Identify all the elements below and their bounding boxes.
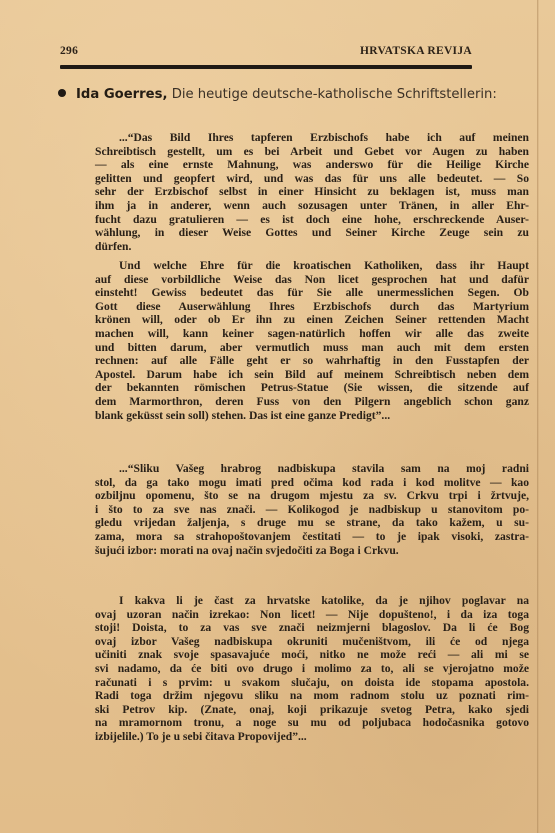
text-line: Gott diese Auserwählung Ihres Erzbischof… bbox=[95, 300, 529, 314]
text-line: krönen will, oder ob Er ihn zu einen Zei… bbox=[95, 313, 529, 327]
text-line: gelitten und geopfert wird, und was das … bbox=[95, 172, 529, 186]
croatian-paragraph-2: I kakva li je čast za hrvatske katolike,… bbox=[95, 594, 529, 744]
bullet-icon bbox=[58, 89, 66, 97]
text-line: šujući izbor: morati na ovaj način svjed… bbox=[95, 544, 529, 558]
text-line: ski Petrov kip. (Znate, onaj, koji prika… bbox=[95, 703, 529, 717]
text-line: einsteht! Gewiss bedeutet das für Sie al… bbox=[95, 286, 529, 300]
text-line: und bitten darum, aber vermutlich muss m… bbox=[95, 341, 529, 355]
text-line: Schreibtisch gestellt, um es bei Arbeit … bbox=[95, 145, 529, 159]
journal-title: HRVATSKA REVIJA bbox=[360, 45, 472, 57]
text-line: sehr der Erzbischof selbst in einer Hins… bbox=[95, 185, 529, 199]
text-line: Radi toga držim njegovu sliku na mom rad… bbox=[95, 689, 529, 703]
text-line: izbijelile.) To je u sebi čitava Propovi… bbox=[95, 730, 529, 744]
page-number: 296 bbox=[60, 45, 78, 57]
text-line: zama, mora sa strahopoštovanjem čestitat… bbox=[95, 530, 529, 544]
text-line: dem Marmorthron, deren Fuss von den Pilg… bbox=[95, 395, 529, 409]
text-line: dürfen. bbox=[95, 240, 529, 254]
page-fold-edge bbox=[537, 0, 539, 833]
text-line: rechnen: auf alle Fälle geht er so wahrh… bbox=[95, 354, 529, 368]
text-line: ihm ja in anderer, wenn auch sozusagen u… bbox=[95, 199, 529, 213]
text-line: na mramornom tronu, a noge su mu od polj… bbox=[95, 716, 529, 730]
text-line: fucht dazu gratulieren — es ist doch ein… bbox=[95, 213, 529, 227]
text-line: gledu vrijedan žaljenja, s druge mu se s… bbox=[95, 516, 529, 530]
text-line: I kakva li je čast za hrvatske katolike,… bbox=[95, 594, 529, 608]
text-line: auf diese vorbildliche Weise das Non lic… bbox=[95, 273, 529, 287]
text-line: ...“Das Bild Ihres tapferen Erzbischofs … bbox=[95, 131, 529, 145]
text-line: ovaj izbor Vašeg nadbiskupa okruniti muč… bbox=[95, 635, 529, 649]
text-line: Apostel. Darum habe ich sein Bild auf me… bbox=[95, 368, 529, 382]
text-line: wählung, in dieser Weise Gottes und Sein… bbox=[95, 226, 529, 240]
text-line: svi nadamo, da će biti ovo drugo i molim… bbox=[95, 662, 529, 676]
german-paragraph-2: Und welche Ehre für die kroatischen Kath… bbox=[95, 259, 529, 422]
text-line: stoji! Doista, to za vas sve znači neizm… bbox=[95, 621, 529, 635]
text-line: blank geküsst sein soll) stehen. Das ist… bbox=[95, 409, 529, 423]
text-line: učiniti znak svoje spasavajuće moći, nit… bbox=[95, 648, 529, 662]
text-line: ovaj uzoran način izrekao: Non licet! — … bbox=[95, 608, 529, 622]
author-description: Die heutige deutsche-katholische Schrift… bbox=[172, 87, 497, 102]
croatian-paragraph-1: ...“Sliku Vašeg hrabrog nadbiskupa stavi… bbox=[95, 462, 529, 557]
quote-attribution: Ida Goerres, Die heutige deutsche-kathol… bbox=[58, 87, 498, 102]
text-line: — als eine ernste Mahnung, was anderswo … bbox=[95, 158, 529, 172]
text-line: machen will, kann keiner sagen-natürlich… bbox=[95, 327, 529, 341]
running-header: 296 HRVATSKA REVIJA bbox=[60, 45, 472, 57]
text-line: i što to za sve nas znači. — Kolikogod j… bbox=[95, 503, 529, 517]
header-rule bbox=[60, 65, 472, 69]
text-line: der bekannten römischen Petrus-Statue (S… bbox=[95, 381, 529, 395]
german-paragraph-1: ...“Das Bild Ihres tapferen Erzbischofs … bbox=[95, 131, 529, 253]
text-line: ozbiljnu opomenu, što se na drugom mjest… bbox=[95, 489, 529, 503]
text-line: ...“Sliku Vašeg hrabrog nadbiskupa stavi… bbox=[95, 462, 529, 476]
author-name: Ida Goerres, bbox=[76, 87, 167, 102]
text-line: Und welche Ehre für die kroatischen Kath… bbox=[95, 259, 529, 273]
text-line: stol, da ga tako mogu imati pred očima k… bbox=[95, 476, 529, 490]
text-line: računati i s prvim: u svakom slučaju, on… bbox=[95, 676, 529, 690]
